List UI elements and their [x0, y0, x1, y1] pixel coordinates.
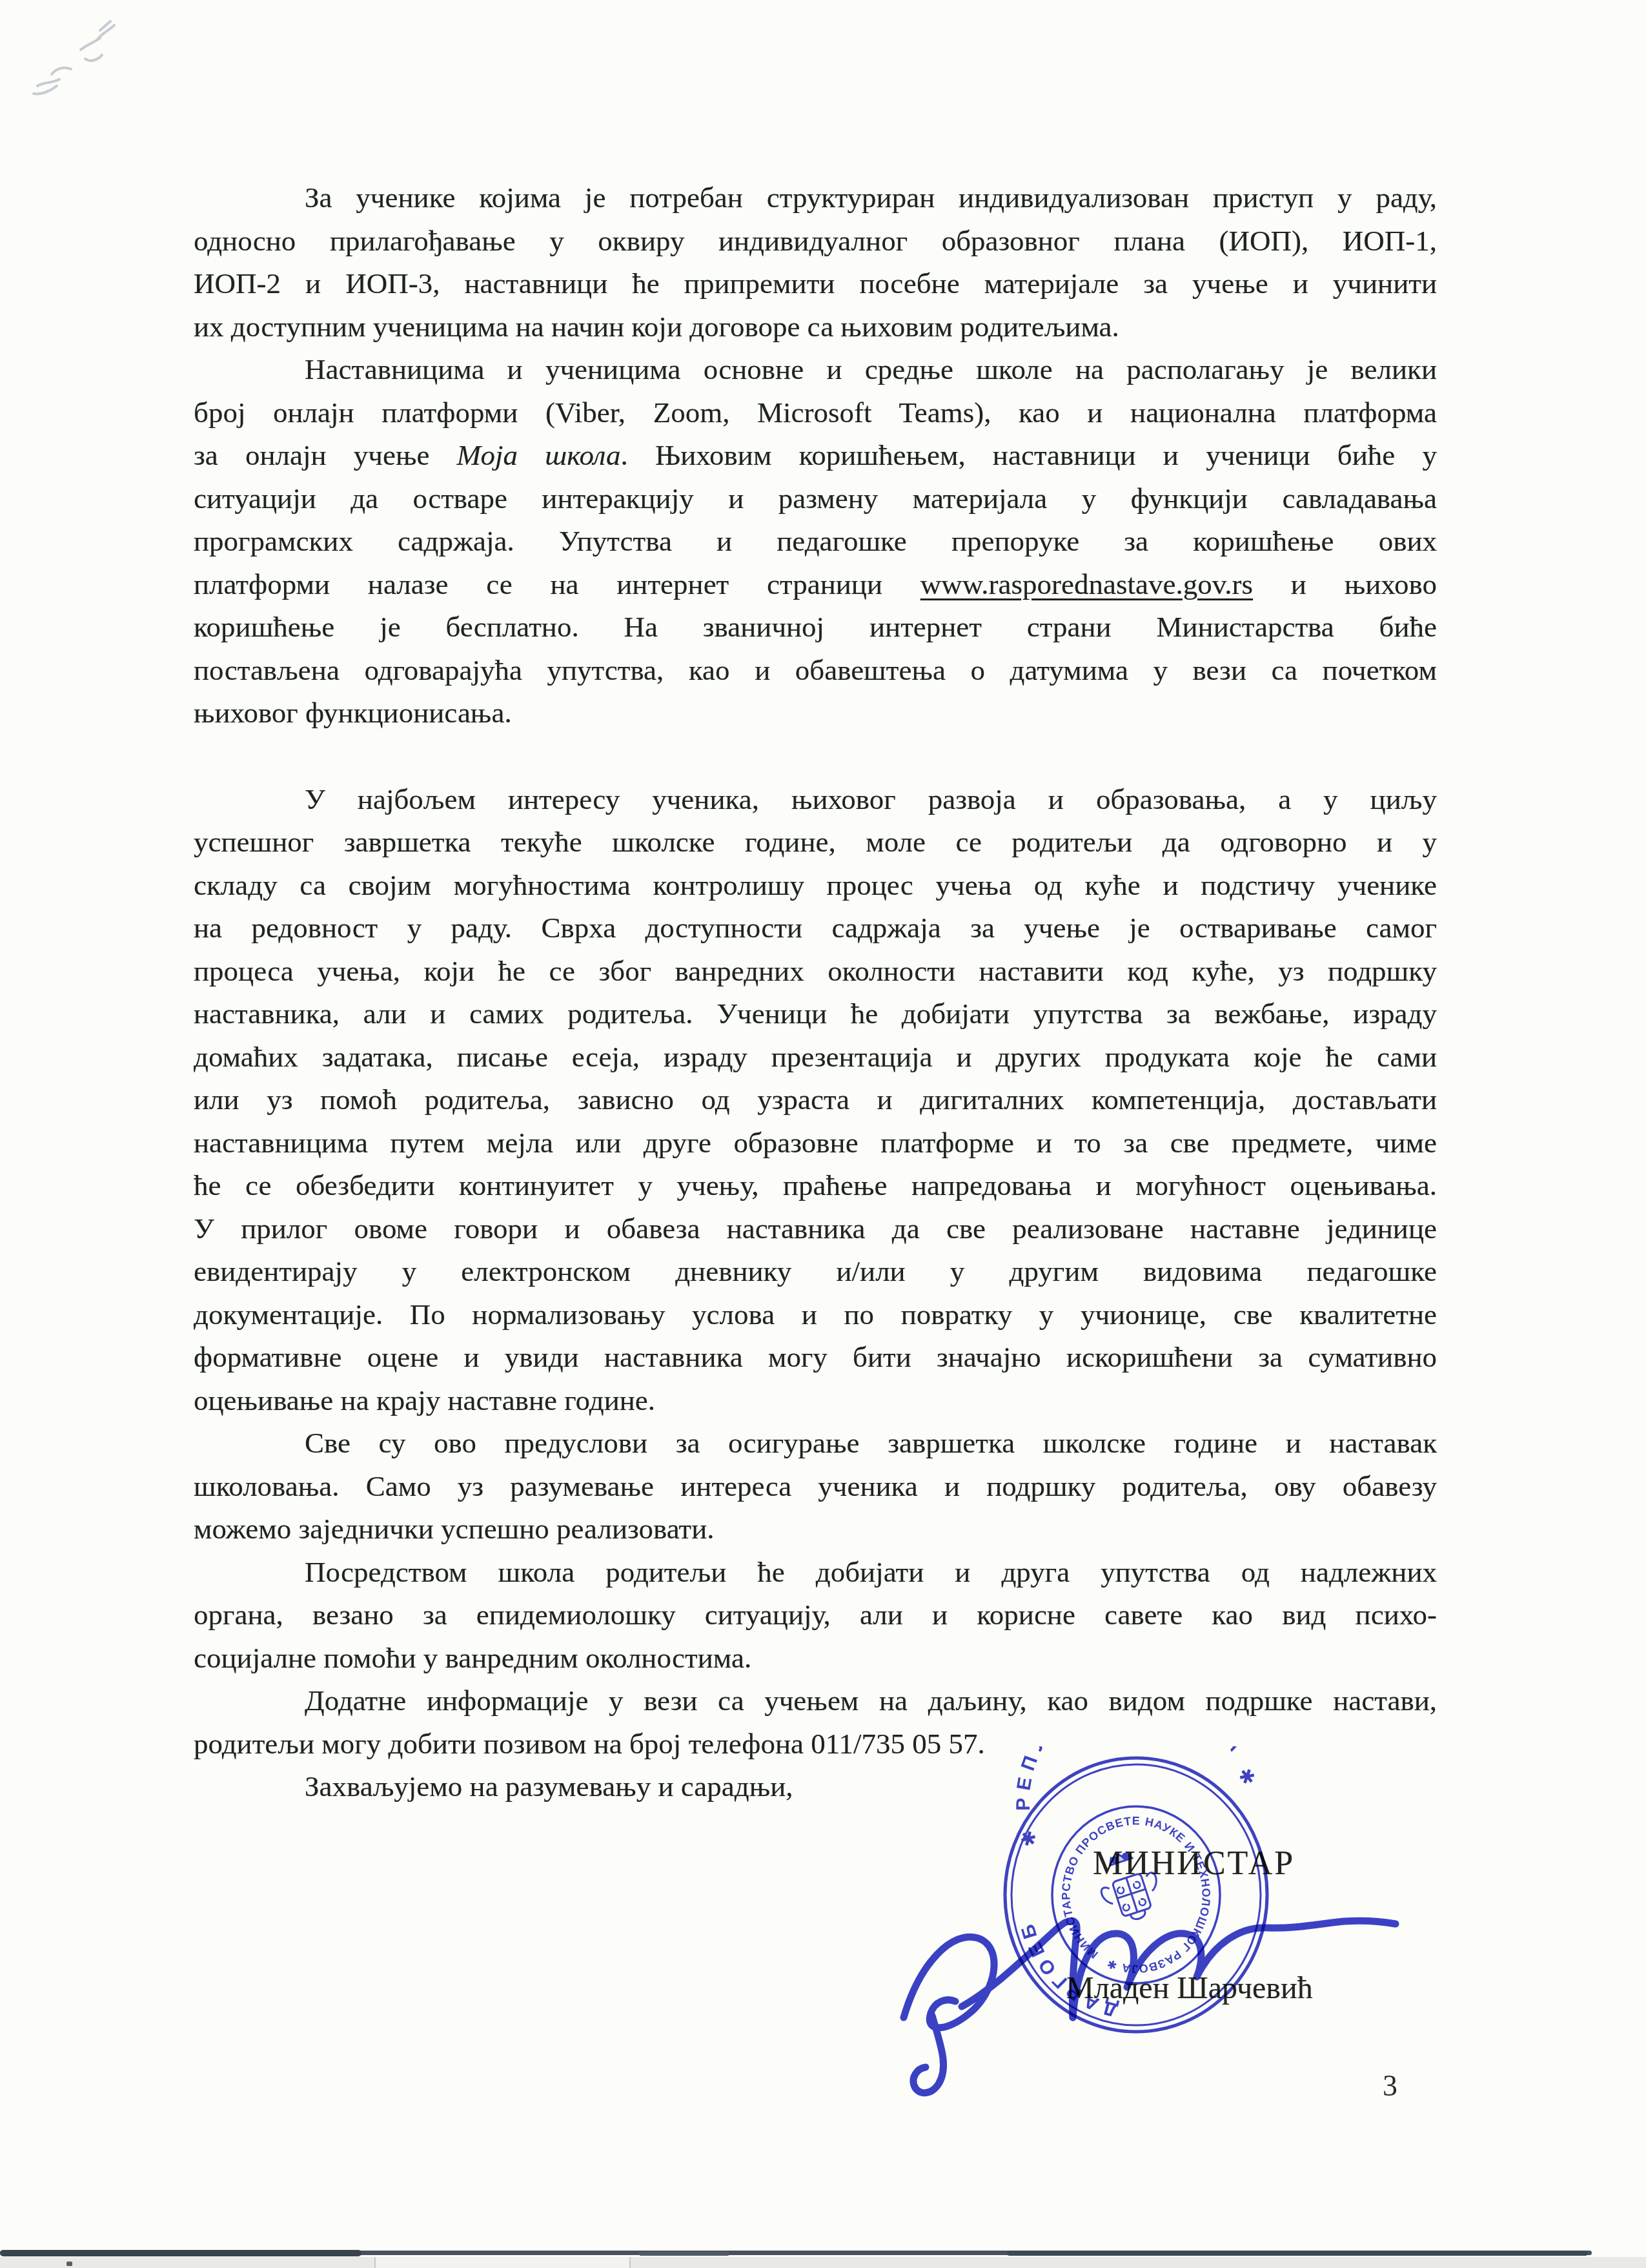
text-line: органа, везано за епидемиолошку ситуациј… [194, 1593, 1437, 1637]
text-line: процеса учења, који ће се због ванредних… [194, 950, 1437, 993]
paragraph: Посредством школа родитељи ће добијати и… [194, 1551, 1437, 1680]
text-line: социјалне помоћи у ванредним околностима… [194, 1637, 1437, 1680]
text-line: складу са својим могућностима контролишу… [194, 864, 1437, 907]
text-line: или уз помоћ родитеља, зависно од узраст… [194, 1078, 1437, 1121]
text-line: Додатне информације у вези са учењем на … [194, 1679, 1437, 1722]
stamp-outer-text: ✱ РЕПУБЛИКА СРБИЈА ✱ [1013, 1746, 1259, 1849]
text-line: документације. По нормализовању услова и… [194, 1293, 1437, 1336]
scan-edge-blob [0, 2250, 361, 2256]
text-line: Наставницима и ученицима основне и средњ… [194, 348, 1437, 391]
paragraph: Наставницима и ученицима основне и средњ… [194, 348, 1437, 735]
text-line: њиховог функционисања. [194, 691, 1437, 735]
text-line: ће се обезбедити континуитет у учењу, пр… [194, 1164, 1437, 1207]
text-line: домаћих задатака, писање есеја, израду п… [194, 1036, 1437, 1079]
text-line: за онлајн учење Моја школа. Њиховим кори… [194, 434, 1437, 477]
scan-edge-blob [1007, 2251, 1588, 2256]
text-line: наставника, али и самих родитеља. Учениц… [194, 992, 1437, 1036]
text-line: За ученике којима је потребан структурир… [194, 176, 1437, 220]
text-line: можемо заједнички успешно реализовати. [194, 1507, 1437, 1551]
scan-bottom-band-segment [374, 2257, 629, 2268]
page-number: 3 [1383, 2069, 1397, 2103]
text-line: их доступним ученицима на начин који дог… [194, 305, 1437, 349]
text-line: оцењивање на крају наставне године. [194, 1379, 1437, 1422]
text-line: евидентирају у електронском дневнику и/и… [194, 1250, 1437, 1293]
text-line: Посредством школа родитељи ће добијати и… [194, 1551, 1437, 1594]
scan-speck [66, 2262, 72, 2266]
text-line: формативне оцене и увиди наставника могу… [194, 1336, 1437, 1379]
text-line: постављена одговарајућа упутства, као и … [194, 649, 1437, 692]
text-line: У прилог овоме говори и обавеза наставни… [194, 1207, 1437, 1251]
paragraph: У најбољем интересу ученика, њиховог раз… [194, 778, 1437, 1422]
text-line: коришћење је бесплатно. На званичној инт… [194, 606, 1437, 649]
text-line: на редовност у раду. Сврха доступности с… [194, 906, 1437, 950]
scan-edge-blob [639, 2252, 729, 2256]
signature-ink [865, 1859, 1420, 2111]
text-line: платформи налазе се на интернет страници… [194, 563, 1437, 606]
text-line: број онлајн платформи (Viber, Zoom, Micr… [194, 391, 1437, 434]
scan-seam [629, 2257, 631, 2268]
paragraph: За ученике којима је потребан структурир… [194, 176, 1437, 348]
text-line: успешног завршетка текуће школске године… [194, 821, 1437, 864]
paragraph: Све су ово предуслови за осигурање заврш… [194, 1422, 1437, 1551]
text-line: наставницима путем мејла или друге образ… [194, 1121, 1437, 1165]
scan-seam [374, 2257, 376, 2268]
text-line: програмских садржаја. Упутства и педагош… [194, 520, 1437, 563]
text-line: школовања. Само уз разумевање интереса у… [194, 1465, 1437, 1508]
text-line: ситуацији да остваре интеракцију и разме… [194, 477, 1437, 520]
text-line: Све су ово предуслови за осигурање заврш… [194, 1422, 1437, 1465]
text-line: У најбољем интересу ученика, њиховог раз… [194, 778, 1437, 821]
scan-bottom-band [0, 2257, 1646, 2268]
text-line: односно прилагођавање у оквиру индивидуа… [194, 220, 1437, 263]
pencil-scribble-artifact [13, 10, 142, 107]
document-body: За ученике којима је потребан структурир… [194, 176, 1437, 1808]
text-line: ИОП-2 и ИОП-3, наставници ће припремити … [194, 262, 1437, 305]
scanned-letter-page: За ученике којима је потребан структурир… [0, 0, 1646, 2268]
